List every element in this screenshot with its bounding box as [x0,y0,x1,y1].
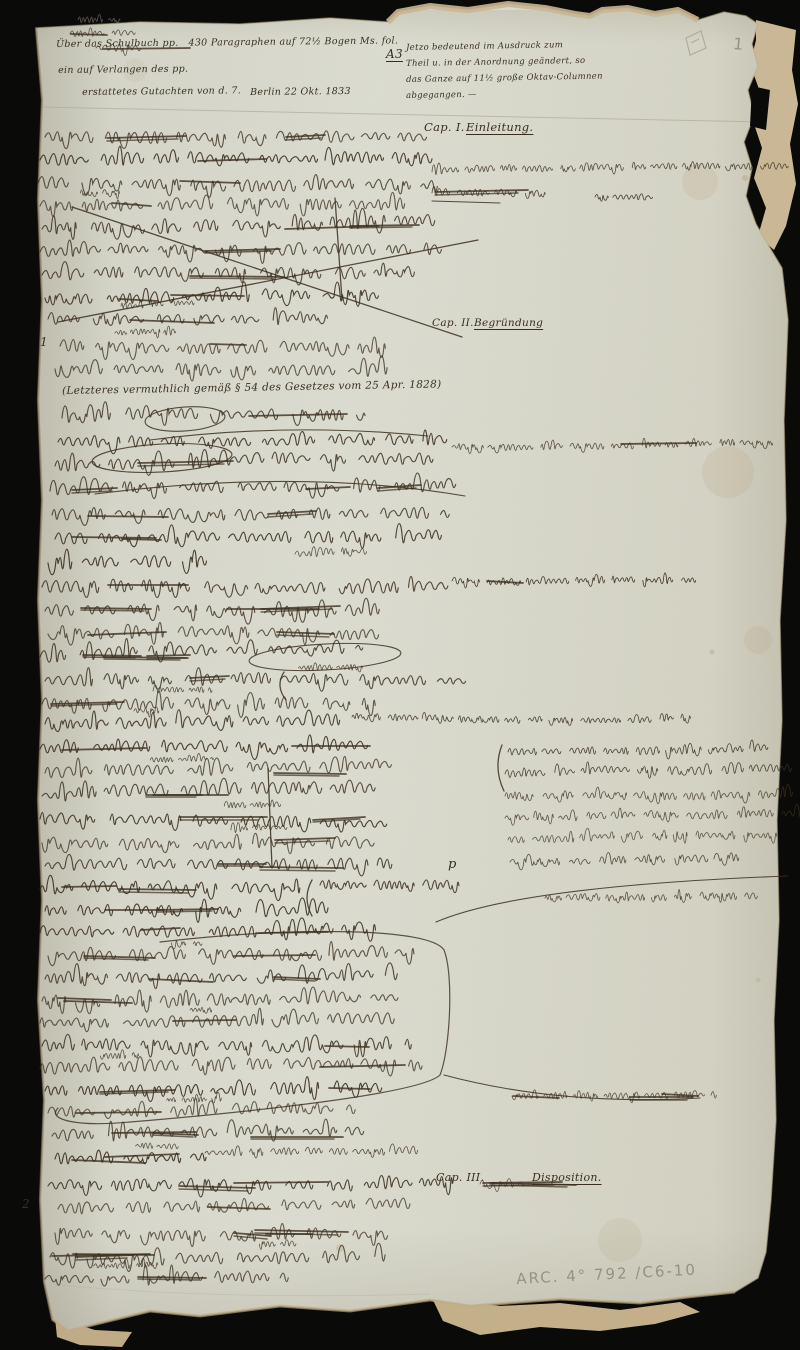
manuscript-canvas [0,0,800,1350]
page-number: 1 [732,36,744,53]
margin-note-line-4: abgegangen. — [406,91,477,101]
p-mark: p [448,858,457,871]
gutachten-line: erstattetes Gutachten von d. 7. [82,86,241,97]
date-line: Berlin 22 Okt. 1833 [250,87,351,98]
manuscript-scan: Über das Schulbuch pp. 430 Paragraphen a… [0,0,800,1350]
margin-number-1: 1 [40,336,48,348]
chapter-1-label: Cap. I. [424,122,465,134]
chapter-3-label: Cap. III. [436,1172,484,1183]
chapter-2-title: Begründung [474,318,543,329]
margin-number-2: 2 [22,1198,30,1210]
chapter-1-title: Einleitung. [466,122,533,134]
a3-mark: A3 [386,48,403,60]
request-line: ein auf Verlangen des pp. [58,65,188,76]
chapter-3-title: Disposition. [532,1172,602,1183]
chapter-2-label: Cap. II. [432,318,474,329]
